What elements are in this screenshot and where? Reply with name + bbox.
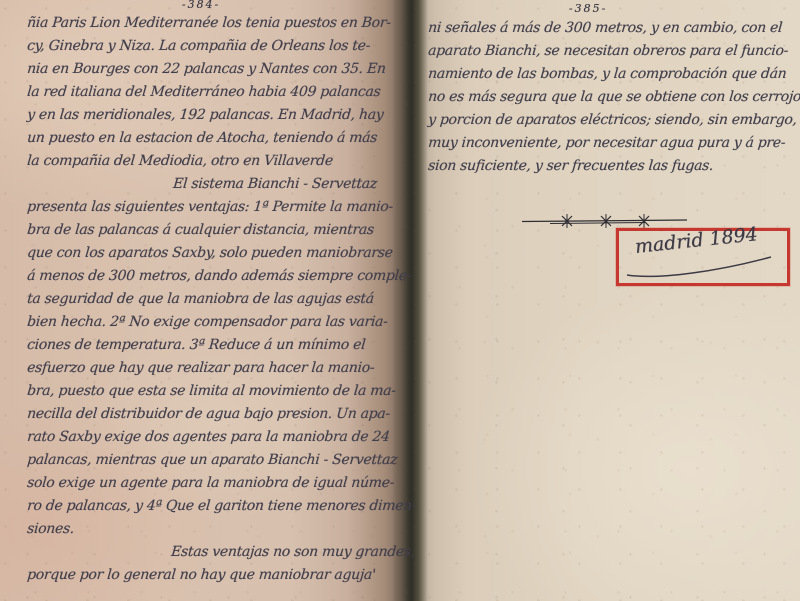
manuscript-line: bien hecha. 2ª No exige compensador para… [26, 311, 400, 334]
page-number-385: -385- [553, 2, 623, 15]
manuscript-line: y en las meridionales, 192 palancas. En … [26, 104, 400, 127]
left-page-text: ñia Paris Lion Mediterranée los tenia pu… [26, 12, 398, 587]
manuscript-scan: -384- -385- ñia Paris Lion Mediterranée … [0, 0, 800, 601]
manuscript-line: ni señales á más de 300 metros, y en cam… [427, 17, 799, 40]
right-page-text: ni señales á más de 300 metros, y en cam… [427, 17, 797, 178]
manuscript-line: nia en Bourges con 22 palancas y Nantes … [26, 58, 400, 81]
manuscript-line: bra, puesto que esta se limita al movimi… [26, 380, 400, 403]
manuscript-line: la compañia del Mediodia, otro en Villav… [26, 150, 400, 173]
manuscript-line: bra de las palancas á cualquier distanci… [26, 219, 400, 242]
manuscript-line: ciones de temperatura. 3ª Reduce á un mí… [26, 334, 400, 357]
date-underline-flourish-icon [619, 231, 787, 283]
manuscript-line: á menos de 300 metros, dando además siem… [26, 265, 400, 288]
manuscript-line: sion suficiente, y ser frecuentes las fu… [427, 155, 799, 178]
manuscript-line: aparato Bianchi, se necesitan obreros pa… [427, 40, 799, 63]
manuscript-line: Estas ventajas no son muy grandes, [26, 541, 400, 564]
manuscript-line: porque por lo general no hay que maniobr… [26, 564, 400, 587]
manuscript-line: necilla del distribuidor de agua bajo pr… [26, 403, 400, 426]
manuscript-line: no es más segura que la que se obtiene c… [427, 86, 799, 109]
manuscript-line: un puesto en la estacion de Atocha, teni… [26, 127, 400, 150]
manuscript-line: que con los aparatos Saxby, solo pueden … [26, 242, 400, 265]
manuscript-line: El sistema Bianchi - Servettaz [26, 173, 400, 196]
manuscript-line: siones. [26, 518, 400, 541]
manuscript-line: esfuerzo que hay que realizar para hacer… [26, 357, 400, 380]
manuscript-line: palancas, mientras que un aparato Bianch… [26, 449, 400, 472]
manuscript-line: solo exige un agente para la maniobra de… [26, 472, 400, 495]
manuscript-line: ta seguridad de que la maniobra de las a… [26, 288, 400, 311]
manuscript-line: ro de palancas, y 4ª Que el gariton tien… [26, 495, 400, 518]
manuscript-line: y porcion de aparatos eléctricos; siendo… [427, 109, 799, 132]
manuscript-line: presenta las siguientes ventajas: 1ª Per… [26, 196, 400, 219]
manuscript-line: la red italiana del Mediterráneo habia 4… [26, 81, 400, 104]
page-number-384: -384- [166, 0, 236, 11]
manuscript-line: namiento de las bombas, y la comprobació… [427, 63, 799, 86]
manuscript-line: muy inconveniente, por necesitar agua pu… [427, 132, 799, 155]
manuscript-line: rato Saxby exige dos agentes para la man… [26, 426, 400, 449]
date-annotation-box: madrid 1894 [616, 228, 790, 286]
manuscript-line: cy, Ginebra y Niza. La compañia de Orlea… [26, 35, 400, 58]
manuscript-line: ñia Paris Lion Mediterranée los tenia pu… [26, 12, 400, 35]
